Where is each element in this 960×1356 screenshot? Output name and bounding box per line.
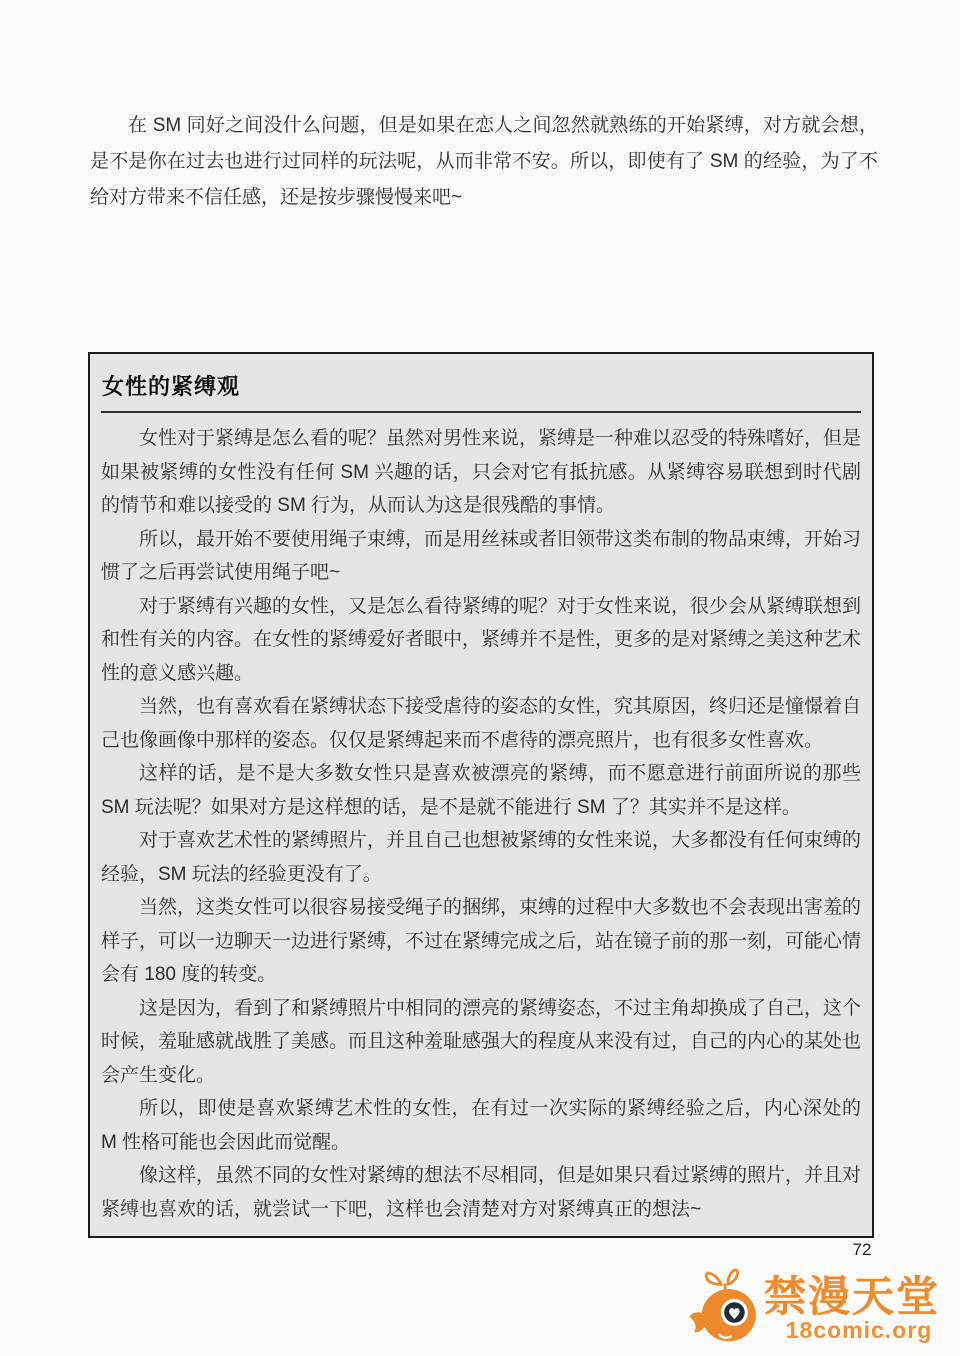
watermark-text: 禁漫天堂 18comic.org (764, 1276, 954, 1342)
watermark-site-url: 18comic.org (764, 1318, 954, 1342)
feature-box: 女性的紧缚观 女性对于紧缚是怎么看的呢？虽然对男性来说，紧缚是一种难以忍受的特殊… (88, 352, 874, 1238)
scanned-book-page: 在 SM 同好之间没什么问题，但是如果在恋人之间忽然就熟练的开始紧缚，对方就会想… (0, 0, 960, 1356)
box-body: 女性对于紧缚是怎么看的呢？虽然对男性来说，紧缚是一种难以忍受的特殊嗜好，但是如果… (101, 422, 861, 1226)
title-divider (101, 411, 861, 413)
box-paragraph: 当然，也有喜欢看在紧缚状态下接受虐待的姿态的女性，究其原因，终归还是憧憬着自己也… (101, 690, 861, 757)
box-paragraph: 当然，这类女性可以很容易接受绳子的捆绑，束缚的过程中大多数也不会表现出害羞的样子… (101, 891, 861, 992)
box-title: 女性的紧缚观 (102, 370, 861, 401)
box-paragraph: 像这样，虽然不同的女性对紧缚的想法不尽相同，但是如果只看过紧缚的照片，并且对紧缚… (101, 1159, 861, 1226)
box-paragraph: 所以，即使是喜欢紧缚艺术性的女性，在有过一次实际的紧缚经验之后，内心深处的 M … (101, 1092, 861, 1159)
whale-mascot-icon (684, 1260, 768, 1350)
watermark-site-name: 禁漫天堂 (764, 1276, 954, 1318)
box-paragraph: 这是因为，看到了和紧缚照片中相同的漂亮的紧缚姿态，不过主角却换成了自己，这个时候… (101, 992, 861, 1093)
box-paragraph: 对于喜欢艺术性的紧缚照片，并且自己也想被紧缚的女性来说，大多都没有任何束缚的经验… (101, 824, 861, 891)
box-paragraph: 这样的话，是不是大多数女性只是喜欢被漂亮的紧缚，而不愿意进行前面所说的那些 SM… (101, 757, 861, 824)
box-paragraph: 所以，最开始不要使用绳子束缚，而是用丝袜或者旧领带这类布制的物品束缚，开始习惯了… (101, 523, 861, 590)
box-paragraph: 女性对于紧缚是怎么看的呢？虽然对男性来说，紧缚是一种难以忍受的特殊嗜好，但是如果… (101, 422, 861, 523)
page-number: 72 (842, 1240, 882, 1260)
watermark-logo: 禁漫天堂 18comic.org (684, 1260, 954, 1350)
intro-paragraph: 在 SM 同好之间没什么问题，但是如果在恋人之间忽然就熟练的开始紧缚，对方就会想… (90, 108, 878, 216)
box-paragraph: 对于紧缚有兴趣的女性，又是怎么看待紧缚的呢？对于女性来说，很少会从紧缚联想到和性… (101, 590, 861, 691)
